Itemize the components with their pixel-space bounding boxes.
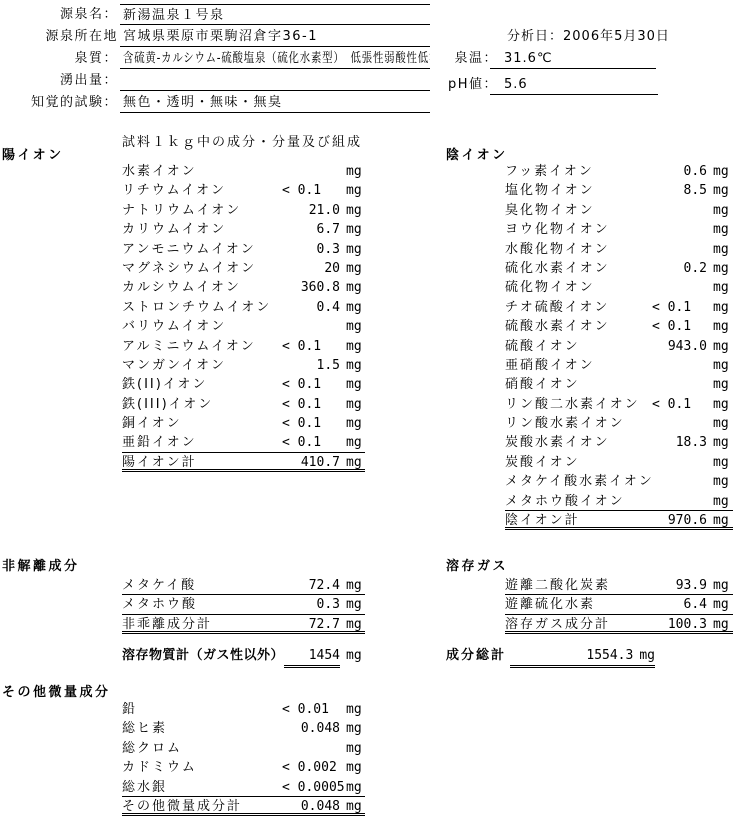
ion-value — [650, 375, 707, 394]
component-value: 72.7 — [280, 615, 340, 631]
ion-unit: mg — [713, 395, 732, 414]
table-row: バリウムイオンmg — [122, 317, 365, 336]
component-name: 鉛 — [122, 700, 280, 719]
sensory-test-value: 無色・透明・無味・無臭 — [120, 92, 430, 113]
ion-value: 0.3 — [280, 240, 340, 259]
ion-value: 8.5 — [650, 181, 707, 200]
table-row: ヨウ化物イオンmg — [505, 220, 733, 239]
ion-unit: mg — [713, 492, 732, 510]
table-row: 総水銀< 0.0005mg — [122, 778, 365, 797]
anion-table: フッ素イオン0.6mg 塩化物イオン8.5mg 臭化物イオンmg ヨウ化物イオン… — [505, 162, 733, 530]
component-value: 72.4 — [280, 576, 340, 594]
grand-total-unit: mg — [639, 646, 655, 665]
spring-quality-text: 含硫黄-カルシウム-硫酸塩泉（硫化水素型） 低張性弱酸性低温泉 — [123, 48, 430, 69]
ion-unit: mg — [346, 259, 365, 278]
ion-value: < 0.1 — [650, 395, 707, 414]
component-unit: mg — [346, 615, 365, 631]
component-name: 溶存ガス成分計 — [505, 615, 650, 631]
ion-name: チオ硫酸イオン — [505, 298, 650, 317]
sensory-test-label: 知覚的試験： — [0, 92, 118, 113]
component-value: 93.9 — [650, 576, 707, 594]
component-name: カドミウム — [122, 758, 280, 777]
table-row: その他微量成分計0.048mg — [122, 797, 365, 816]
ion-name: 硫化物イオン — [505, 278, 650, 297]
ion-name: カリウムイオン — [122, 220, 280, 239]
ion-value: < 0.1 — [280, 414, 340, 433]
ion-name: 陽イオン計 — [122, 453, 280, 469]
component-value: < 0.002 — [280, 758, 340, 777]
ion-value — [650, 414, 707, 433]
ion-unit: mg — [713, 375, 732, 394]
component-name: 総ヒ素 — [122, 719, 280, 738]
ion-value: < 0.1 — [280, 375, 340, 394]
component-unit: mg — [346, 719, 365, 738]
ion-unit: mg — [713, 433, 732, 452]
component-name: 非乖離成分計 — [122, 615, 280, 631]
table-row: 遊離二酸化炭素93.9mg — [505, 576, 733, 595]
ion-value — [650, 492, 707, 510]
ion-unit: mg — [713, 162, 732, 181]
ion-name: リチウムイオン — [122, 181, 280, 200]
component-unit: mg — [346, 595, 365, 613]
ion-value: < 0.1 — [650, 317, 707, 336]
ion-value — [650, 356, 707, 375]
grand-total-row: 成分総計 1554.3 mg — [446, 646, 655, 668]
dissolved-matter-total-value: 1454 — [284, 646, 340, 665]
ion-name: 塩化物イオン — [505, 181, 650, 200]
ion-unit: mg — [713, 337, 732, 356]
table-row: 硫化水素イオン0.2mg — [505, 259, 733, 278]
table-row: カドミウム< 0.002mg — [122, 758, 365, 777]
source-name-label: 源泉名： — [0, 4, 118, 25]
dissolved-gas-table: 遊離二酸化炭素93.9mg 遊離硫化水素6.4mg 溶存ガス成分計100.3mg — [505, 576, 733, 634]
table-row: リチウムイオン< 0.1mg — [122, 181, 365, 200]
grand-total-value: 1554.3 — [510, 646, 633, 665]
spring-quality-label: 泉質： — [0, 48, 118, 69]
source-name-value: 新湯温泉１号泉 — [120, 4, 430, 25]
spring-quality-value: 含硫黄-カルシウム-硫酸塩泉（硫化水素型） 低張性弱酸性低温泉 — [120, 48, 430, 69]
ion-unit: mg — [713, 220, 732, 239]
ion-name: メタホウ酸イオン — [505, 492, 650, 510]
ion-value: 0.2 — [650, 259, 707, 278]
table-row: メタホウ酸0.3mg — [122, 595, 365, 614]
ion-unit: mg — [713, 356, 732, 375]
source-location-value: 宮城県栗原市栗駒沼倉字36-1 — [120, 26, 430, 47]
ion-name: アンモニウムイオン — [122, 240, 280, 259]
ion-name: 鉄(II)イオン — [122, 375, 280, 394]
ion-value — [650, 453, 707, 472]
ion-value — [650, 201, 707, 220]
ion-name: ヨウ化物イオン — [505, 220, 650, 239]
ion-unit: mg — [346, 395, 365, 414]
table-row: 臭化物イオンmg — [505, 201, 733, 220]
table-row: ストロンチウムイオン0.4mg — [122, 298, 365, 317]
ion-name: マンガンイオン — [122, 356, 280, 375]
table-row: メタケイ酸72.4mg — [122, 576, 365, 595]
table-row: 硫酸水素イオン< 0.1mg — [505, 317, 733, 336]
component-unit: mg — [346, 576, 365, 594]
non-dissociated-section-title: 非解離成分 — [2, 557, 80, 576]
ion-unit: mg — [346, 181, 365, 200]
table-row: アルミニウムイオン< 0.1mg — [122, 337, 365, 356]
sample-note: 試料１ｋｇ中の成分・分量及び組成 — [122, 132, 362, 153]
ion-name: 鉄(III)イオン — [122, 395, 280, 414]
ion-value — [280, 162, 340, 181]
component-value: 0.048 — [280, 797, 340, 813]
ion-unit: mg — [713, 201, 732, 220]
dissolved-gas-section-title: 溶存ガス — [446, 557, 508, 576]
flow-rate-value — [120, 70, 430, 91]
ion-name: リン酸水素イオン — [505, 414, 650, 433]
ion-unit: mg — [346, 414, 365, 433]
table-row: 硫化物イオンmg — [505, 278, 733, 297]
ion-name: 陰イオン計 — [505, 511, 650, 527]
table-row: 硫酸イオン943.0mg — [505, 337, 733, 356]
table-row: 亜硝酸イオンmg — [505, 356, 733, 375]
component-unit: mg — [346, 797, 365, 813]
ph-value: 5.6 — [490, 74, 658, 95]
ion-value — [280, 317, 340, 336]
dissolved-matter-total-label: 溶存物質計（ガス性以外） — [122, 646, 284, 668]
ion-name: 炭酸水素イオン — [505, 433, 650, 452]
table-row: 総クロムmg — [122, 739, 365, 758]
ph-label: pH値： — [420, 74, 498, 95]
ion-unit: mg — [346, 317, 365, 336]
table-row: 総ヒ素0.048mg — [122, 719, 365, 738]
ion-unit: mg — [346, 337, 365, 356]
ion-unit: mg — [346, 375, 365, 394]
ion-name: バリウムイオン — [122, 317, 280, 336]
component-unit: mg — [713, 595, 732, 613]
component-unit: mg — [346, 758, 365, 777]
ion-value: 6.7 — [280, 220, 340, 239]
ion-unit: mg — [346, 240, 365, 259]
ion-name: 硫化水素イオン — [505, 259, 650, 278]
ion-name: 亜硝酸イオン — [505, 356, 650, 375]
table-row: 硝酸イオンmg — [505, 375, 733, 394]
component-unit: mg — [346, 739, 365, 758]
ion-value: 360.8 — [280, 278, 340, 297]
ion-value: 0.4 — [280, 298, 340, 317]
component-unit: mg — [713, 576, 732, 594]
ion-value — [650, 278, 707, 297]
component-unit: mg — [346, 778, 365, 796]
ion-name: 水酸化物イオン — [505, 240, 650, 259]
table-row: 遊離硫化水素6.4mg — [505, 595, 733, 614]
ion-name: ストロンチウムイオン — [122, 298, 280, 317]
table-row: チオ硫酸イオン< 0.1mg — [505, 298, 733, 317]
table-row: ナトリウムイオン21.0mg — [122, 201, 365, 220]
ion-name: フッ素イオン — [505, 162, 650, 181]
table-row: マグネシウムイオン20mg — [122, 259, 365, 278]
table-row: 鉄(III)イオン< 0.1mg — [122, 395, 365, 414]
table-row: 炭酸イオンmg — [505, 453, 733, 472]
ion-unit: mg — [713, 240, 732, 259]
component-value: 100.3 — [650, 615, 707, 631]
table-row: 陰イオン計970.6mg — [505, 511, 733, 530]
ion-unit: mg — [713, 472, 732, 491]
ion-value: 943.0 — [650, 337, 707, 356]
component-unit: mg — [346, 700, 365, 719]
non-dissociated-table: メタケイ酸72.4mg メタホウ酸0.3mg 非乖離成分計72.7mg — [122, 576, 365, 634]
table-row: 陽イオン計410.7mg — [122, 453, 365, 472]
ion-value: < 0.1 — [280, 433, 340, 451]
table-row: 塩化物イオン8.5mg — [505, 181, 733, 200]
ion-name: カルシウムイオン — [122, 278, 280, 297]
table-row: 亜鉛イオン< 0.1mg — [122, 433, 365, 452]
ion-name: 炭酸イオン — [505, 453, 650, 472]
ion-name: 硫酸水素イオン — [505, 317, 650, 336]
component-name: 遊離硫化水素 — [505, 595, 650, 613]
table-row: アンモニウムイオン0.3mg — [122, 240, 365, 259]
ion-unit: mg — [346, 201, 365, 220]
component-name: メタケイ酸 — [122, 576, 280, 594]
flow-rate-label: 湧出量： — [0, 70, 118, 91]
table-row: リン酸水素イオンmg — [505, 414, 733, 433]
dissolved-matter-total-row: 溶存物質計（ガス性以外） 1454 mg — [122, 646, 365, 668]
ion-unit: mg — [346, 298, 365, 317]
ion-value — [650, 472, 707, 491]
ion-value: < 0.1 — [650, 298, 707, 317]
table-row: メタホウ酸イオンmg — [505, 492, 733, 511]
ion-unit: mg — [713, 317, 732, 336]
source-location-label: 源泉所在地 — [0, 26, 118, 47]
spring-analysis-sheet: { "header": { "rows_left": [ {"label": "… — [0, 0, 740, 818]
ion-unit: mg — [713, 278, 732, 297]
component-value: 0.048 — [280, 719, 340, 738]
component-name: その他微量成分計 — [122, 797, 280, 813]
ion-unit: mg — [346, 162, 365, 181]
ion-name: アルミニウムイオン — [122, 337, 280, 356]
ion-unit: mg — [346, 278, 365, 297]
ion-name: ナトリウムイオン — [122, 201, 280, 220]
table-row: リン酸二水素イオン< 0.1mg — [505, 395, 733, 414]
component-value: < 0.01 — [280, 700, 340, 719]
ion-value: 20 — [280, 259, 340, 278]
ion-unit: mg — [713, 181, 732, 200]
cations-section-title: 陽イオン — [2, 146, 64, 165]
ion-name: 硝酸イオン — [505, 375, 650, 394]
ion-name: リン酸二水素イオン — [505, 395, 650, 414]
table-row: 銅イオン< 0.1mg — [122, 414, 365, 433]
spring-temp-label: 泉温： — [420, 48, 498, 69]
cation-table: 水素イオンmg リチウムイオン< 0.1mg ナトリウムイオン21.0mg カリ… — [122, 162, 365, 472]
ion-name: 水素イオン — [122, 162, 280, 181]
grand-total-label: 成分総計 — [446, 646, 506, 668]
table-row: 水酸化物イオンmg — [505, 240, 733, 259]
component-value: 0.3 — [280, 595, 340, 613]
ion-name: メタケイ酸水素イオン — [505, 472, 650, 491]
table-row: マンガンイオン1.5mg — [122, 356, 365, 375]
component-name: 総水銀 — [122, 778, 280, 796]
anions-section-title: 陰イオン — [446, 146, 508, 165]
table-row: メタケイ酸水素イオンmg — [505, 472, 733, 491]
ion-value: 18.3 — [650, 433, 707, 452]
component-name: 総クロム — [122, 739, 280, 758]
table-row: 水素イオンmg — [122, 162, 365, 181]
table-row: 鉛< 0.01mg — [122, 700, 365, 719]
trace-table: 鉛< 0.01mg 総ヒ素0.048mg 総クロムmg カドミウム< 0.002… — [122, 700, 365, 816]
table-row: カルシウムイオン360.8mg — [122, 278, 365, 297]
ion-unit: mg — [346, 220, 365, 239]
analysis-date: 分析日：2006年5月30日 — [507, 26, 670, 47]
ion-name: 銅イオン — [122, 414, 280, 433]
ion-value: 410.7 — [280, 453, 340, 469]
component-value: < 0.0005 — [280, 778, 340, 796]
ion-value: 21.0 — [280, 201, 340, 220]
table-row: フッ素イオン0.6mg — [505, 162, 733, 181]
ion-unit: mg — [346, 453, 365, 469]
ion-name: マグネシウムイオン — [122, 259, 280, 278]
ion-value: 0.6 — [650, 162, 707, 181]
ion-value: < 0.1 — [280, 337, 340, 356]
ion-unit: mg — [713, 453, 732, 472]
table-row: 炭酸水素イオン18.3mg — [505, 433, 733, 452]
ion-value — [650, 220, 707, 239]
component-name: 遊離二酸化炭素 — [505, 576, 650, 594]
ion-unit: mg — [346, 433, 365, 451]
table-row: 鉄(II)イオン< 0.1mg — [122, 375, 365, 394]
table-row: カリウムイオン6.7mg — [122, 220, 365, 239]
table-row: 溶存ガス成分計100.3mg — [505, 615, 733, 634]
component-unit: mg — [713, 615, 732, 631]
component-value — [280, 739, 340, 758]
table-row: 非乖離成分計72.7mg — [122, 615, 365, 634]
dissolved-matter-total-unit: mg — [346, 646, 365, 668]
ion-name: 亜鉛イオン — [122, 433, 280, 451]
ion-name: 硫酸イオン — [505, 337, 650, 356]
component-value: 6.4 — [650, 595, 707, 613]
ion-value — [650, 240, 707, 259]
ion-unit: mg — [713, 259, 732, 278]
ion-value: < 0.1 — [280, 395, 340, 414]
ion-name: 臭化物イオン — [505, 201, 650, 220]
component-name: メタホウ酸 — [122, 595, 280, 613]
ion-unit: mg — [346, 356, 365, 375]
ion-value: 970.6 — [650, 511, 707, 527]
ion-unit: mg — [713, 298, 732, 317]
spring-temp-value: 31.6℃ — [490, 48, 656, 69]
ion-unit: mg — [713, 511, 732, 527]
ion-value: 1.5 — [280, 356, 340, 375]
ion-value: < 0.1 — [280, 181, 340, 200]
ion-unit: mg — [713, 414, 732, 433]
trace-section-title: その他微量成分 — [2, 683, 111, 702]
